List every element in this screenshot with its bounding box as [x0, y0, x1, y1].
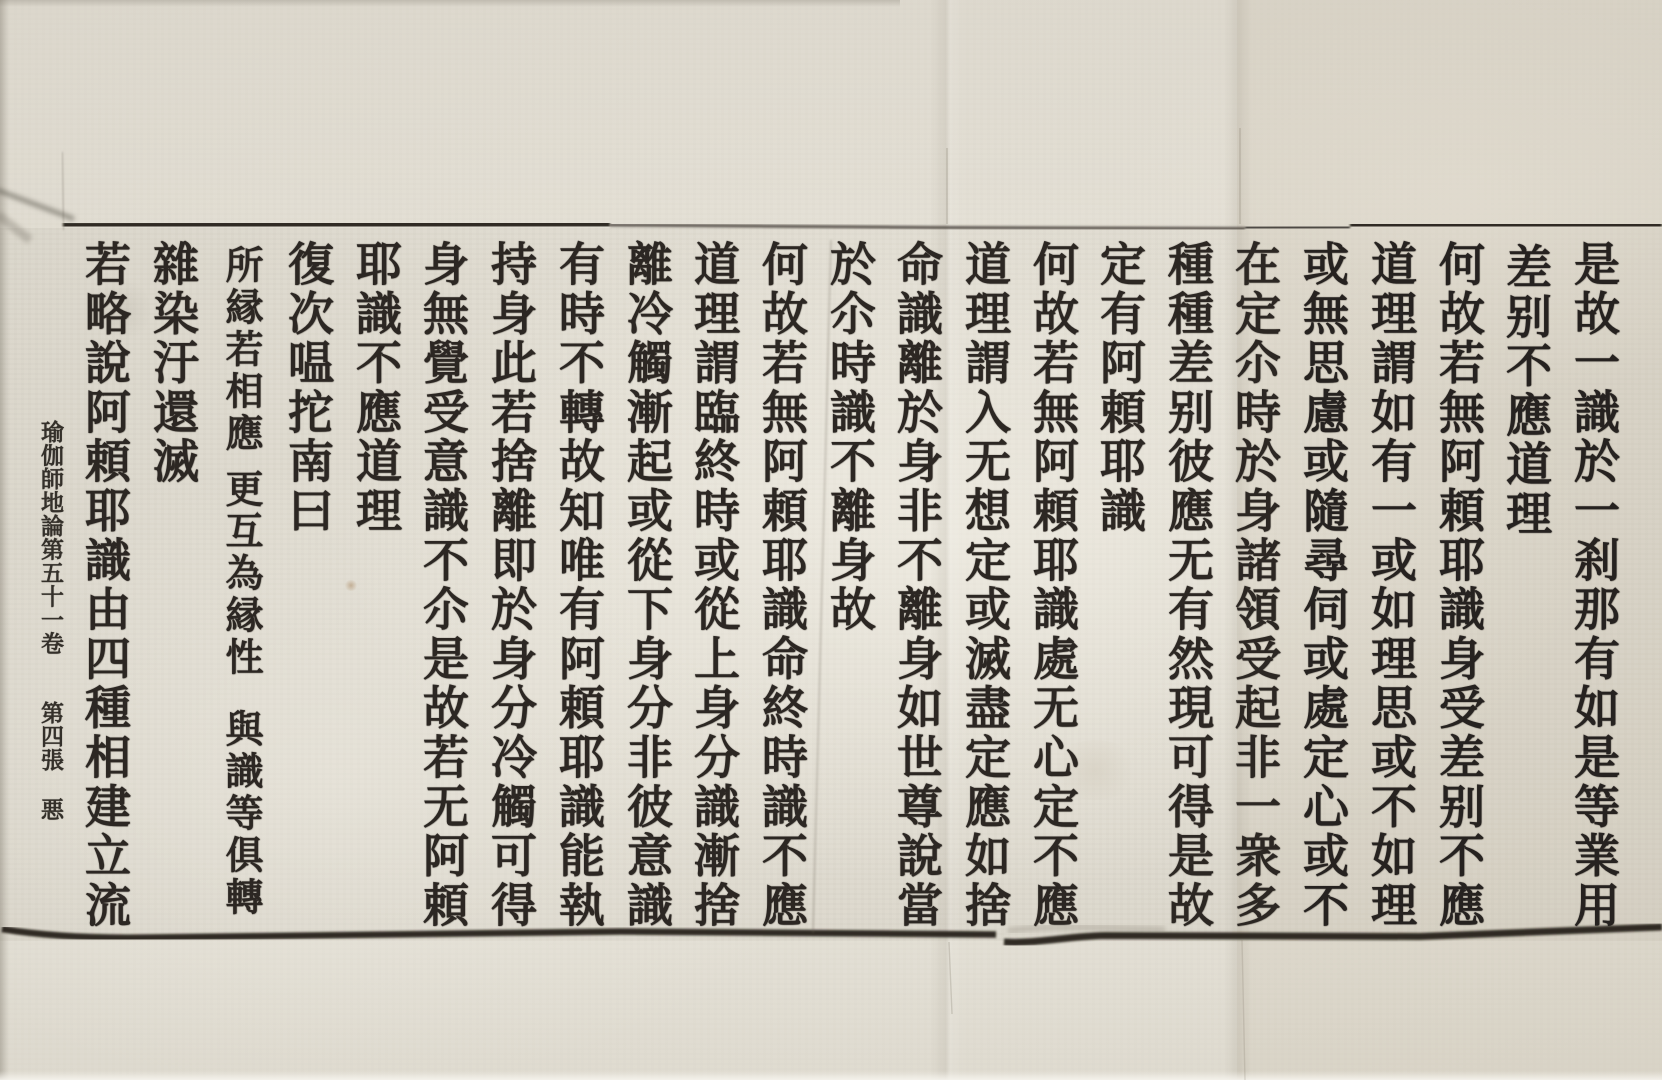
paper-texture [0, 0, 1662, 1080]
sutra-page-scan: 是故一識於一刹那有如是等業用差别不應道理何故若無阿頼耶識身受差别不應道理謂如有一… [0, 0, 1662, 1080]
